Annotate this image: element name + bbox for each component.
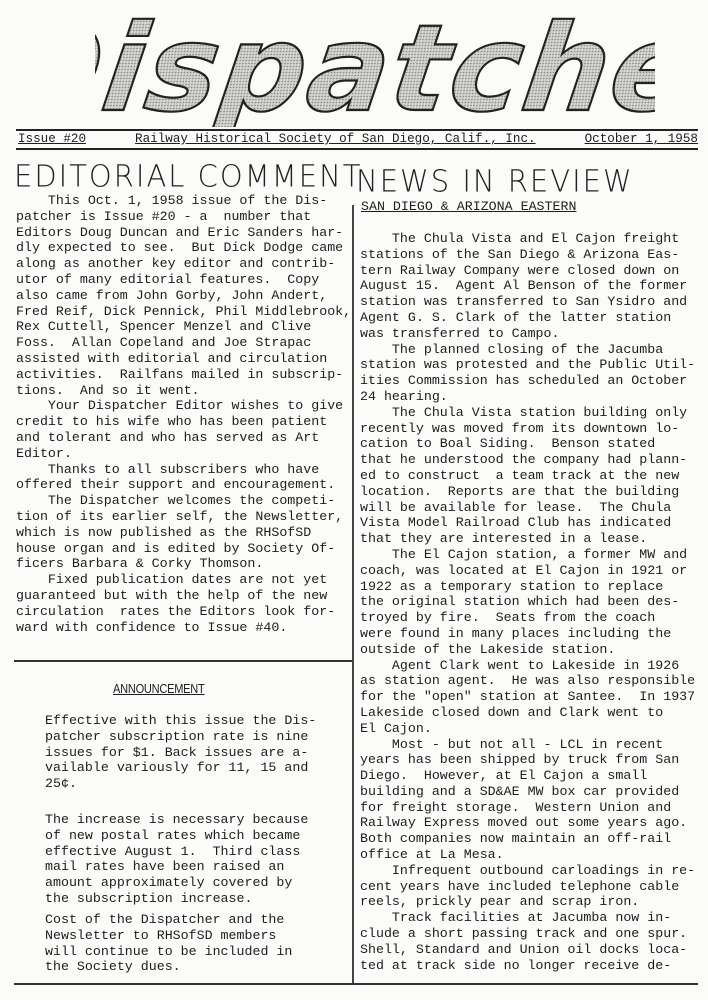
masthead-rule-top [16, 129, 698, 131]
announcement-paragraph-1: Effective with this issue the Dis- patch… [45, 713, 316, 792]
svg-text:Dispatcher: Dispatcher [95, 2, 655, 127]
news-body: The Chula Vista and El Cajon freight sta… [360, 231, 695, 973]
issue-date: October 1, 1958 [585, 132, 698, 147]
announcement-heading: ANNOUNCEMENT [113, 681, 204, 696]
bottom-rule-left [14, 983, 354, 985]
column-divider [352, 205, 354, 985]
editorial-heading: EDITORIAL COMMENT [14, 159, 363, 193]
editorial-body: This Oct. 1, 1958 issue of the Dis- patc… [16, 193, 351, 635]
news-subheading: SAN DIEGO & ARIZONA EASTERN [361, 199, 576, 215]
announcement-paragraph-3: Cost of the Dispatcher and the Newslette… [45, 912, 292, 975]
news-heading: NEWS IN REVIEW [356, 164, 634, 198]
masthead-rule-bottom [16, 148, 698, 150]
bottom-rule-right [352, 983, 698, 985]
publisher-name: Railway Historical Society of San Diego,… [135, 132, 536, 147]
issue-line: Issue #20 Railway Historical Society of … [18, 132, 698, 147]
section-divider [14, 660, 354, 662]
announcement-paragraph-2: The increase is necessary because of new… [45, 812, 308, 907]
masthead-logo: Dispatcher [95, 2, 655, 127]
issue-number: Issue #20 [18, 132, 86, 147]
